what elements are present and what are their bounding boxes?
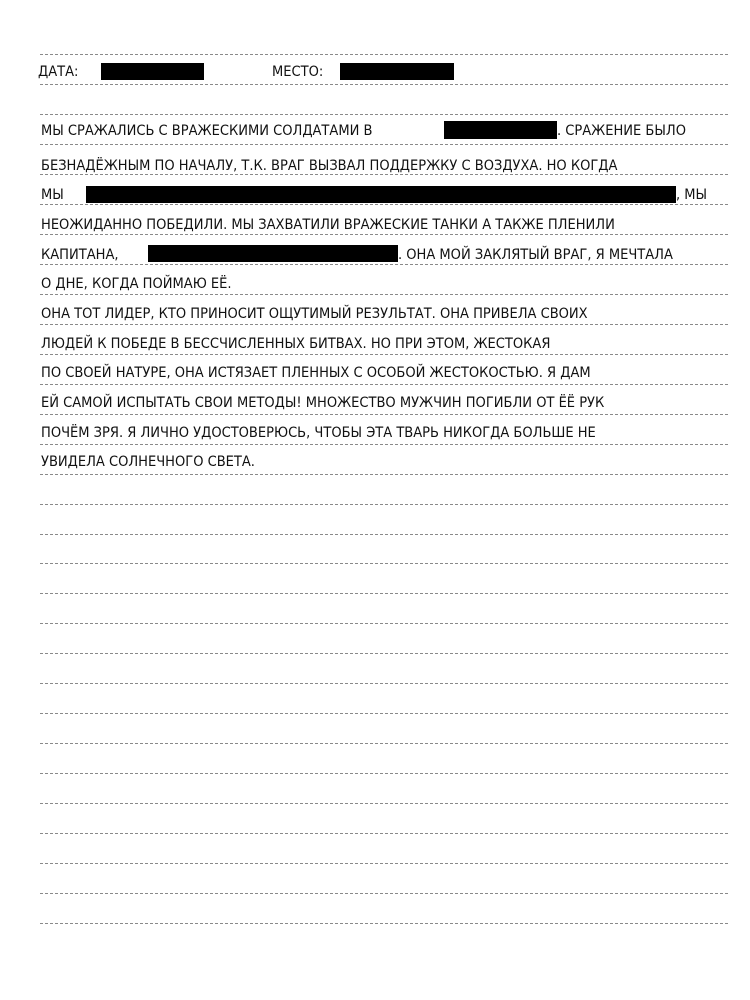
body-line-1-start: МЫ СРАЖАЛИСЬ С ВРАЖЕСКИМИ СОЛДАТАМИ В bbox=[41, 119, 372, 143]
ruled-line bbox=[40, 683, 728, 684]
ruled-line bbox=[40, 563, 728, 564]
ruled-line bbox=[40, 474, 728, 475]
ruled-line bbox=[40, 893, 728, 894]
ruled-line bbox=[40, 713, 728, 714]
body-line-8: ЛЮДЕЙ К ПОБЕДЕ В БЕССЧИСЛЕННЫХ БИТВАХ. Н… bbox=[41, 332, 550, 356]
ruled-line bbox=[40, 863, 728, 864]
action-redaction bbox=[86, 186, 676, 203]
body-line-3-end: , МЫ bbox=[676, 183, 707, 207]
body-line-11: ПОЧЁМ ЗРЯ. Я ЛИЧНО УДОСТОВЕРЮСЬ, ЧТОБЫ Э… bbox=[41, 421, 596, 445]
ruled-line bbox=[40, 593, 728, 594]
location-redaction bbox=[444, 121, 557, 139]
ruled-line bbox=[40, 534, 728, 535]
diary-page: ДАТА: МЕСТО: МЫ СРАЖАЛИСЬ С ВРАЖЕСКИМИ С… bbox=[0, 0, 750, 1000]
body-line-5-end: . ОНА МОЙ ЗАКЛЯТЫЙ ВРАГ, Я МЕЧТАЛА bbox=[398, 243, 673, 267]
ruled-line bbox=[40, 923, 728, 924]
date-redaction bbox=[101, 63, 204, 80]
body-line-10: ЕЙ САМОЙ ИСПЫТАТЬ СВОИ МЕТОДЫ! МНОЖЕСТВО… bbox=[41, 391, 604, 415]
body-line-1-end: . СРАЖЕНИЕ БЫЛО bbox=[557, 119, 686, 143]
ruled-line bbox=[40, 623, 728, 624]
ruled-line bbox=[40, 773, 728, 774]
ruled-line bbox=[40, 54, 728, 55]
ruled-line bbox=[40, 144, 728, 145]
body-line-6: О ДНЕ, КОГДА ПОЙМАЮ ЕЁ. bbox=[41, 272, 232, 296]
place-redaction bbox=[340, 63, 454, 80]
body-line-5-start: КАПИТАНА, bbox=[41, 243, 119, 267]
body-line-12: УВИДЕЛА СОЛНЕЧНОГО СВЕТА. bbox=[41, 450, 255, 474]
body-line-2: БЕЗНАДЁЖНЫМ ПО НАЧАЛУ, Т.К. ВРАГ ВЫЗВАЛ … bbox=[41, 154, 617, 178]
ruled-line bbox=[40, 653, 728, 654]
ruled-line bbox=[40, 204, 728, 205]
body-line-3-start: МЫ bbox=[41, 183, 64, 207]
ruled-line bbox=[40, 84, 728, 85]
date-label: ДАТА: bbox=[38, 60, 78, 84]
ruled-line bbox=[40, 803, 728, 804]
ruled-line bbox=[40, 504, 728, 505]
body-line-9: ПО СВОЕЙ НАТУРЕ, ОНА ИСТЯЗАЕТ ПЛЕННЫХ С … bbox=[41, 361, 591, 385]
ruled-line bbox=[40, 114, 728, 115]
ruled-line bbox=[40, 833, 728, 834]
ruled-line bbox=[40, 743, 728, 744]
place-label: МЕСТО: bbox=[272, 60, 323, 84]
captain-name-redaction bbox=[148, 245, 398, 262]
body-line-7: ОНА ТОТ ЛИДЕР, КТО ПРИНОСИТ ОЩУТИМЫЙ РЕЗ… bbox=[41, 302, 588, 326]
body-line-4: НЕОЖИДАННО ПОБЕДИЛИ. МЫ ЗАХВАТИЛИ ВРАЖЕС… bbox=[41, 213, 615, 237]
